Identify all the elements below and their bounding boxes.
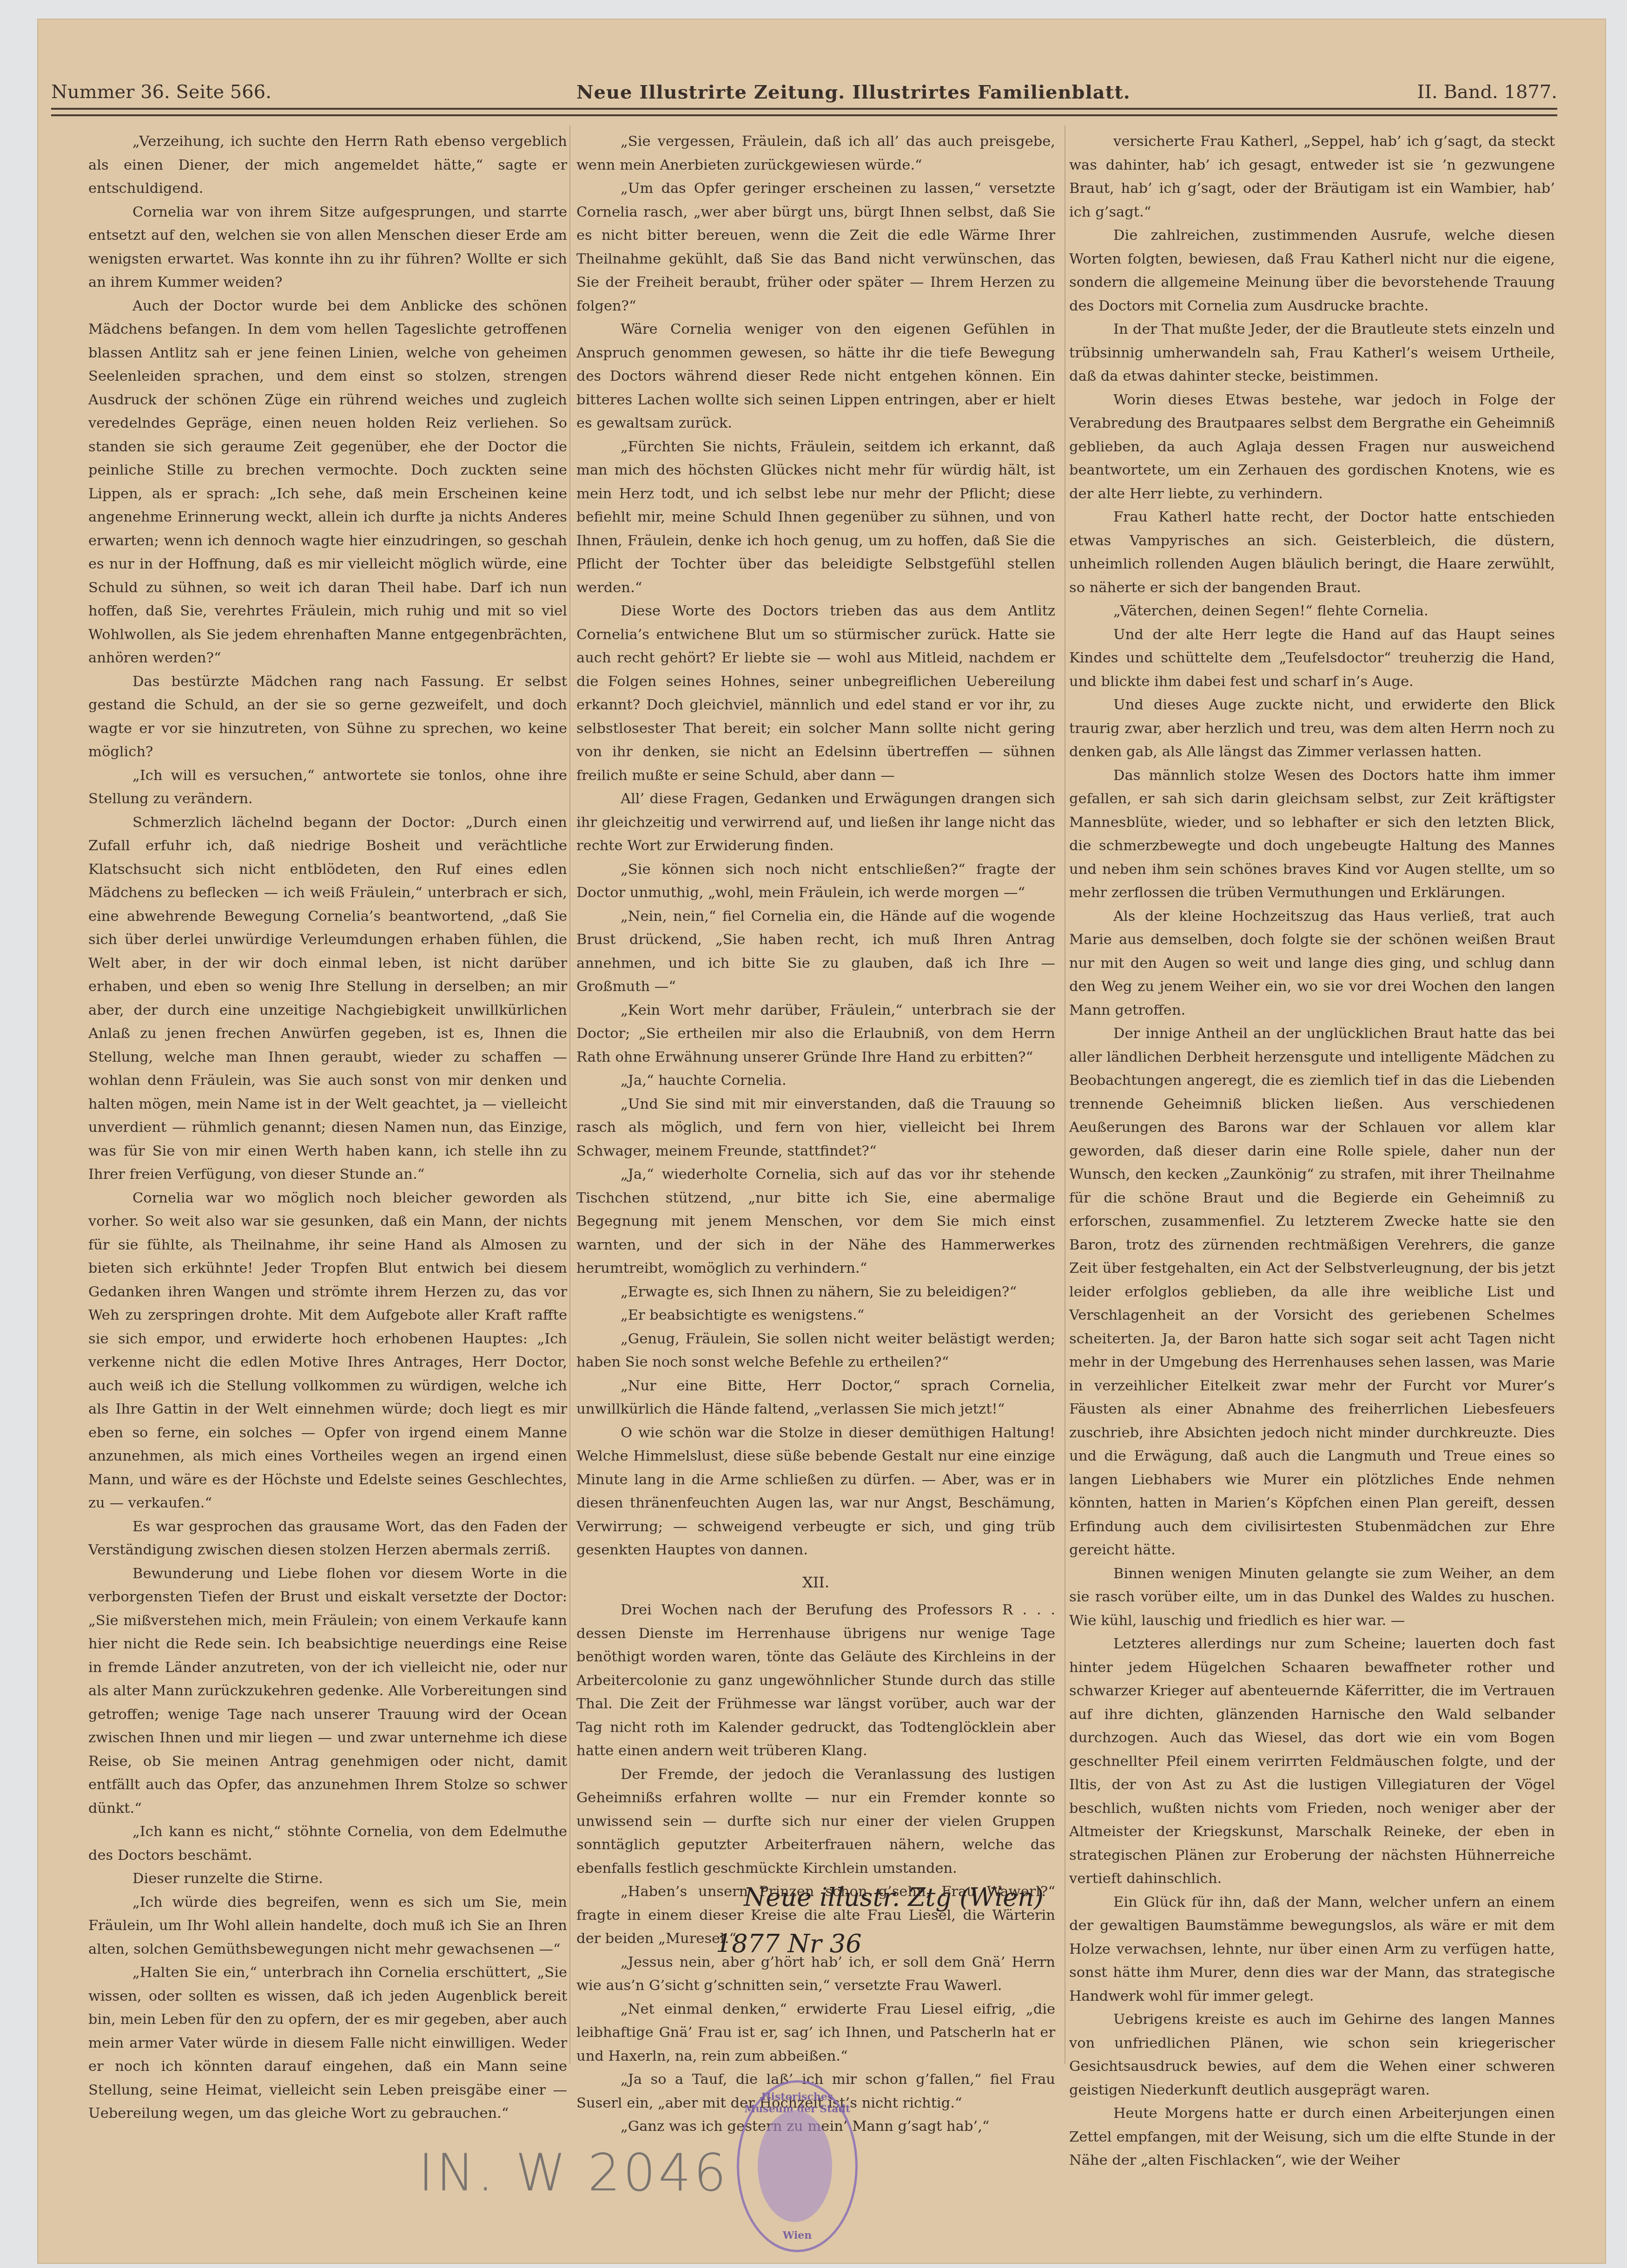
- paragraph: „Fürchten Sie nichts, Fräulein, seitdem …: [576, 436, 1055, 600]
- paragraph: Frau Katherl hatte recht, der Doctor hat…: [1069, 506, 1555, 600]
- pencil-shelfmark: IN. W 2046: [418, 2143, 729, 2202]
- paragraph: Der Fremde, der jedoch die Veranlassung …: [576, 1763, 1055, 1881]
- paragraph: Cornelia war wo möglich noch bleicher ge…: [88, 1187, 567, 1515]
- paragraph: „Kein Wort mehr darüber, Fräulein,“ unte…: [576, 999, 1055, 1070]
- paragraph: „Sie können sich noch nicht entschließen…: [576, 858, 1055, 905]
- paragraph: versicherte Frau Katherl, „Seppel, hab’ …: [1069, 130, 1555, 224]
- stamp-text-bottom: Wien: [739, 2229, 855, 2242]
- paragraph: „Ich würde dies begreifen, wenn es sich …: [88, 1891, 567, 1962]
- paragraph: Das bestürzte Mädchen rang nach Fassung.…: [88, 670, 567, 764]
- paragraph: Binnen wenigen Minuten gelangte sie zum …: [1069, 1562, 1555, 1633]
- issue-number: Nummer 36. Seite 566.: [51, 81, 271, 103]
- paragraph: „Und Sie sind mit mir einverstanden, daß…: [576, 1093, 1055, 1164]
- paragraph: „Ja,“ wiederholte Cornelia, sich auf das…: [576, 1163, 1055, 1281]
- paragraph: Es war gesprochen das grausame Wort, das…: [88, 1515, 567, 1562]
- newspaper-title: Neue Illustrirte Zeitung. Illustrirtes F…: [576, 81, 1131, 103]
- paragraph: „Ich kann es nicht,“ stöhnte Cornelia, v…: [88, 1820, 567, 1867]
- paragraph: „Nur eine Bitte, Herr Doctor,“ sprach Co…: [576, 1375, 1055, 1422]
- paragraph: Der innige Antheil an der unglücklichen …: [1069, 1022, 1555, 1562]
- paragraph: Worin dieses Etwas bestehe, war jedoch i…: [1069, 389, 1555, 506]
- paragraph: Das männlich stolze Wesen des Doctors ha…: [1069, 764, 1555, 905]
- chapter-heading: XII.: [576, 1571, 1055, 1594]
- paragraph: All’ diese Fragen, Gedanken und Erwägung…: [576, 787, 1055, 858]
- paragraph: Dieser runzelte die Stirne.: [88, 1867, 567, 1891]
- paragraph: In der That mußte Jeder, der die Brautle…: [1069, 318, 1555, 389]
- column-divider: [1065, 126, 1065, 2064]
- paragraph: „Ich will es versuchen,“ antwortete sie …: [88, 764, 567, 811]
- paragraph: Auch der Doctor wurde bei dem Anblicke d…: [88, 295, 567, 670]
- paragraph: Und der alte Herr legte die Hand auf das…: [1069, 623, 1555, 694]
- paragraph: „Halten Sie ein,“ unterbrach ihn Corneli…: [88, 1961, 567, 2126]
- paragraph: „Erwagte es, sich Ihnen zu nähern, Sie z…: [576, 1281, 1055, 1304]
- handwritten-issue-note: 1877 Nr 36: [716, 1929, 862, 1958]
- masthead-rule-top: [51, 108, 1557, 110]
- paragraph: Heute Morgens hatte er durch einen Arbei…: [1069, 2102, 1555, 2173]
- masthead-rule-bottom: [51, 114, 1557, 116]
- paragraph: Uebrigens kreiste es auch im Gehirne des…: [1069, 2008, 1555, 2102]
- paragraph: „Nein, nein,“ fiel Cornelia ein, die Hän…: [576, 905, 1055, 999]
- paragraph: Bewunderung und Liebe flohen vor diesem …: [88, 1562, 567, 1821]
- paragraph: Und dieses Auge zuckte nicht, und erwide…: [1069, 694, 1555, 764]
- paragraph: Als der kleine Hochzeitszug das Haus ver…: [1069, 905, 1555, 1023]
- volume-year: II. Band. 1877.: [1417, 81, 1557, 103]
- paragraph: „Ja,“ hauchte Cornelia.: [576, 1069, 1055, 1093]
- paragraph: Wäre Cornelia weniger von den eigenen Ge…: [576, 318, 1055, 436]
- paragraph: Diese Worte des Doctors trieben das aus …: [576, 600, 1055, 787]
- paragraph: „Väterchen, deinen Segen!“ flehte Cornel…: [1069, 600, 1555, 623]
- paragraph: „Verzeihung, ich suchte den Herrn Rath e…: [88, 130, 567, 201]
- handwritten-title-note: Neue illustr. Ztg (Wien): [744, 1883, 1044, 1912]
- paragraph: „Um das Opfer geringer erscheinen zu las…: [576, 177, 1055, 318]
- paragraph: „Net einmal denken,“ erwiderte Frau Lies…: [576, 1998, 1055, 2069]
- paragraph: O wie schön war die Stolze in dieser dem…: [576, 1422, 1055, 1562]
- column-1: „Verzeihung, ich suchte den Herrn Rath e…: [88, 130, 567, 2126]
- column-3: versicherte Frau Katherl, „Seppel, hab’ …: [1069, 130, 1555, 2173]
- paragraph: Ein Glück für ihn, daß der Mann, welcher…: [1069, 1891, 1555, 2009]
- paragraph: „Genug, Fräulein, Sie sollen nicht weite…: [576, 1328, 1055, 1375]
- coat-of-arms-icon: [758, 2110, 832, 2222]
- paragraph: Cornelia war von ihrem Sitze aufgesprung…: [88, 201, 567, 295]
- column-divider: [569, 126, 570, 2064]
- paragraph: „Er beabsichtigte es wenigstens.“: [576, 1304, 1055, 1328]
- paragraph: Drei Wochen nach der Berufung des Profes…: [576, 1599, 1055, 1763]
- paragraph: Letzteres allerdings nur zum Scheine; la…: [1069, 1633, 1555, 1891]
- paragraph: „Sie vergessen, Fräulein, daß ich all’ d…: [576, 130, 1055, 177]
- masthead: Nummer 36. Seite 566. Neue Illustrirte Z…: [51, 81, 1557, 109]
- paragraph: Schmerzlich lächelnd begann der Doctor: …: [88, 811, 567, 1187]
- paragraph: Die zahlreichen, zustimmenden Ausrufe, w…: [1069, 224, 1555, 318]
- column-2: „Sie vergessen, Fräulein, daß ich all’ d…: [576, 130, 1055, 2139]
- museum-stamp: Historisches Museum der Stadt Wien: [737, 2080, 858, 2252]
